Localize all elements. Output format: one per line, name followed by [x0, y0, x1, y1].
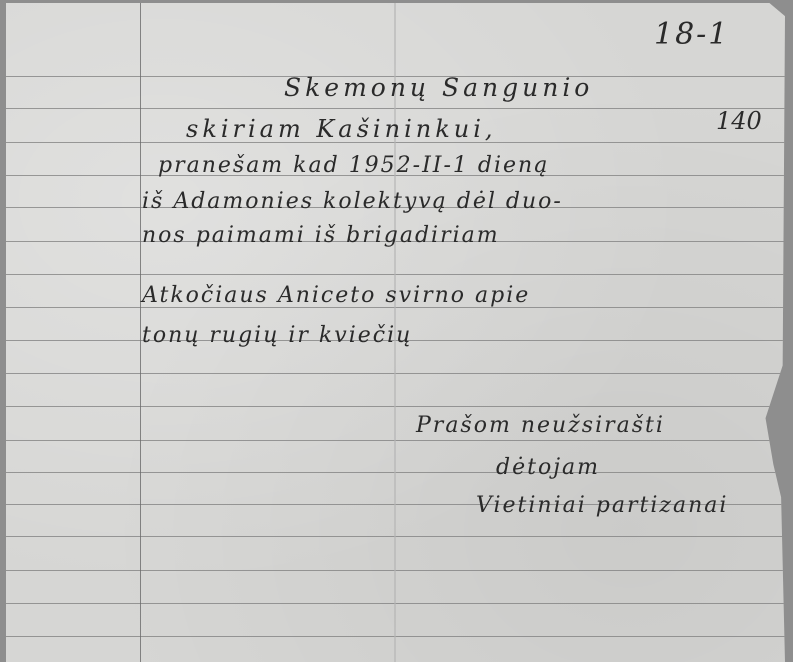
greeting-line-1: Skemonų Sangunio [284, 73, 593, 102]
body-line-2: iš Adamonies kolektyvą dėl duo- [142, 189, 563, 214]
letter-paper: 18-1 Skemonų Sangunio skiriam Kašininkui… [6, 3, 785, 662]
closing-line-3: Vietiniai partizanai [476, 493, 728, 518]
body-line-5: tonų rugių ir kviečių [142, 323, 412, 348]
margin-note: 140 [716, 107, 762, 135]
page-number: 18-1 [654, 17, 729, 52]
closing-line-2: dėtojam [496, 455, 600, 480]
margin-line [140, 3, 141, 662]
body-line-4: Atkočiaus Aniceto svirno apie [142, 283, 530, 308]
body-line-1: pranešam kad 1952-II-1 dieną [158, 153, 549, 178]
greeting-line-2: skiriam Kašininkui, [186, 115, 497, 143]
body-line-3: nos paimami iš brigadiriam [142, 223, 500, 248]
closing-line-1: Prašom neužsirašti [416, 413, 665, 438]
